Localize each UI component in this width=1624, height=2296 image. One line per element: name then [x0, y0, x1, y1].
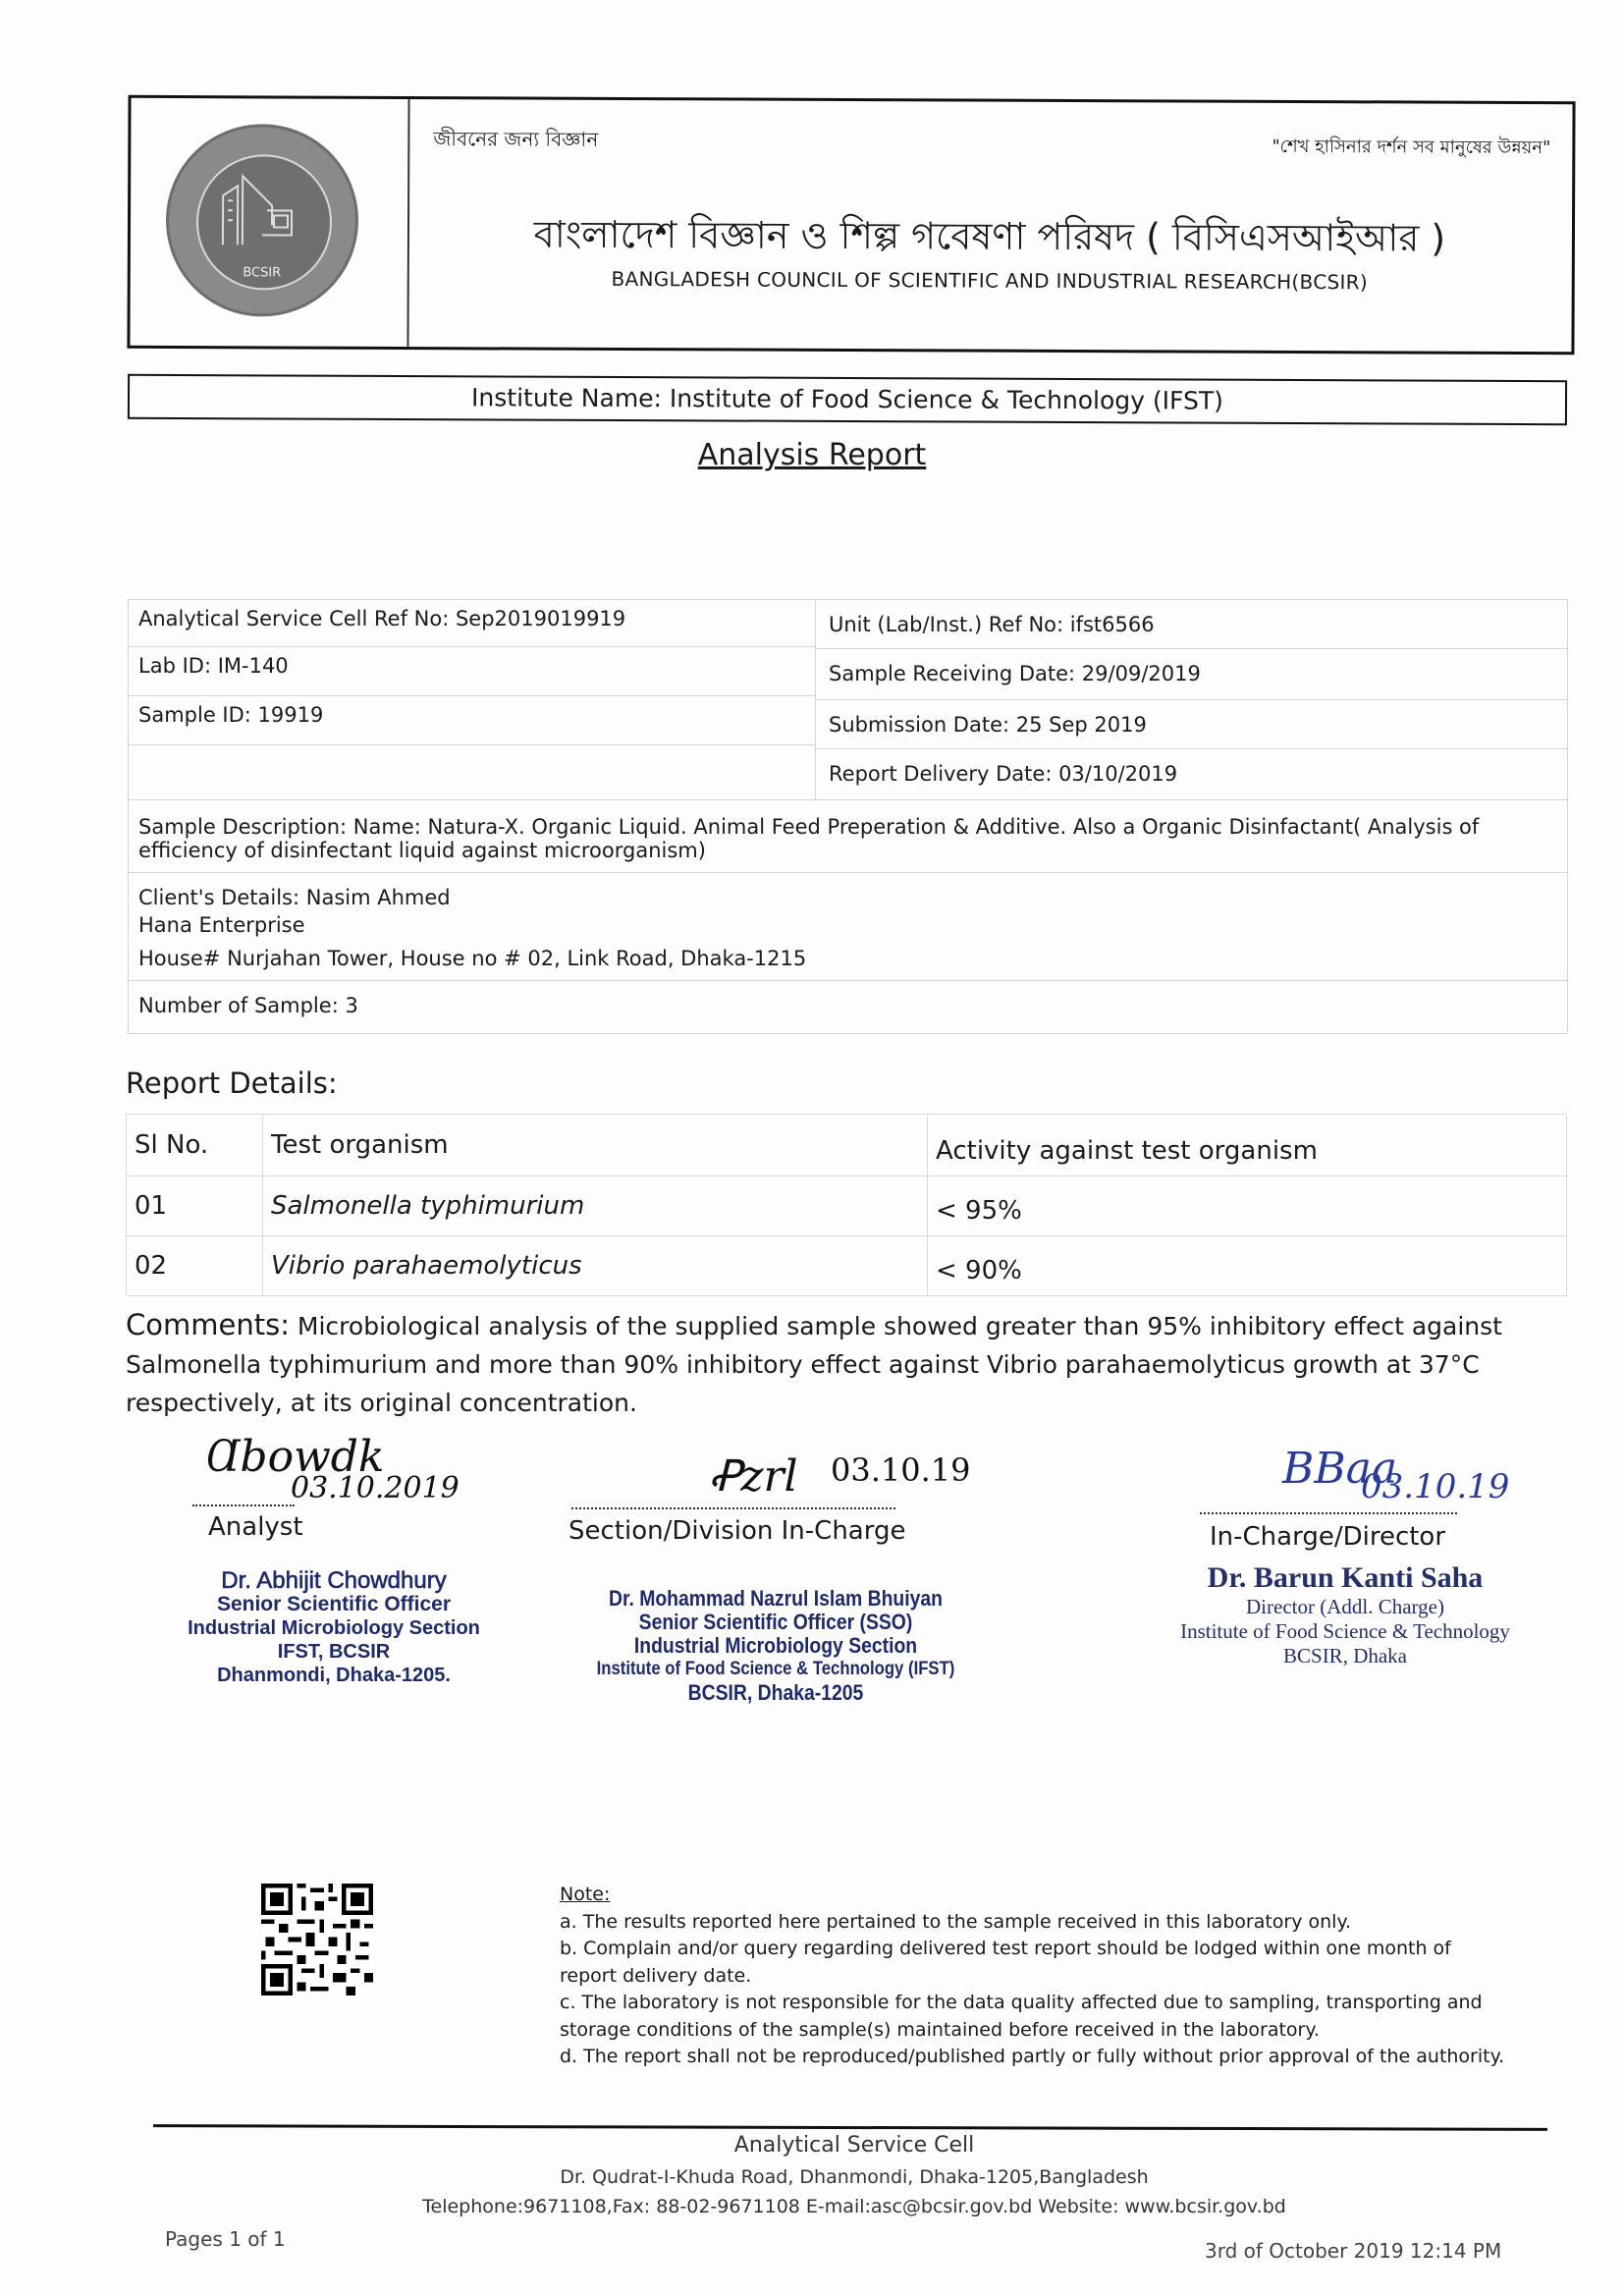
- section-incharge-signature-line: [571, 1507, 895, 1509]
- org-name-english: BANGLADESH COUNCIL OF SCIENTIFIC AND IND…: [407, 266, 1572, 295]
- section-incharge-stamp: Dr. Mohammad Nazrul Islam Bhuiyan Senior…: [577, 1587, 975, 1705]
- stamp-line: Dhanmondi, Dhaka-1205.: [167, 1664, 501, 1687]
- stamp-line: Industrial Microbiology Section: [577, 1634, 975, 1658]
- stamp-line: BCSIR, Dhaka-1205: [577, 1681, 975, 1705]
- client-address: House# Nurjahan Tower, House no # 02, Li…: [138, 947, 806, 970]
- report-details-heading: Report Details:: [126, 1066, 338, 1100]
- test-organism: Salmonella typhimurium: [263, 1176, 928, 1236]
- notes: Note: a. The results reported here perta…: [560, 1882, 1581, 2071]
- printed-timestamp: 3rd of October 2019 12:14 PM: [1205, 2239, 1501, 2263]
- results-table: Sl No. Test organism Activity against te…: [126, 1114, 1567, 1296]
- note-line: c. The laboratory is not responsible for…: [560, 1990, 1581, 2017]
- stamp-name: Dr. Barun Kanti Saha: [1129, 1561, 1561, 1595]
- comments-label: Comments:: [126, 1308, 290, 1341]
- page-title: Analysis Report: [0, 438, 1624, 472]
- stamp-line: IFST, BCSIR: [167, 1640, 501, 1664]
- stamp-line: Senior Scientific Officer (SSO): [577, 1611, 975, 1634]
- footer-address: Dr. Qudrat-I-Khuda Road, Dhanmondi, Dhak…: [0, 2166, 1624, 2188]
- seal-label: BCSIR: [169, 265, 355, 281]
- footer-contact: Telephone:9671108,Fax: 88-02-9671108 E-m…: [0, 2196, 1624, 2217]
- activity: < 95%: [928, 1176, 1567, 1236]
- stamp-line: BCSIR, Dhaka: [1129, 1644, 1561, 1668]
- sl-no: 02: [127, 1236, 263, 1296]
- comments-text-2: Salmonella typhimurium and more than 90%…: [126, 1350, 1480, 1379]
- footer-cell-name: Analytical Service Cell: [0, 2133, 1624, 2158]
- stamp-name: Dr. Mohammad Nazrul Islam Bhuiyan: [577, 1587, 975, 1611]
- motto-right: "শেখ হাসিনার দর্শন সব মানুষের উন্নয়ন": [1272, 133, 1550, 164]
- section-incharge-signature: Ꝓzrl: [709, 1451, 798, 1502]
- unit-ref-no: Unit (Lab/Inst.) Ref No: ifst6566: [829, 613, 1155, 636]
- client-name: Client's Details: Nasim Ahmed: [138, 886, 451, 909]
- note-line: b. Complain and/or query regarding deliv…: [560, 1936, 1581, 1963]
- comments-text-3: respectively, at its original concentrat…: [126, 1389, 637, 1417]
- submission-date: Submission Date: 25 Sep 2019: [829, 713, 1147, 737]
- section-incharge-role: Section/Division In-Charge: [568, 1516, 905, 1546]
- table-header-row: Sl No. Test organism Activity against te…: [127, 1115, 1567, 1176]
- page-count: Pages 1 of 1: [165, 2227, 286, 2251]
- sl-no: 01: [127, 1176, 263, 1236]
- sample-receiving-date: Sample Receiving Date: 29/09/2019: [829, 662, 1201, 685]
- note-line: d. The report shall not be reproduced/pu…: [560, 2044, 1581, 2071]
- col-activity: Activity against test organism: [928, 1115, 1567, 1176]
- org-name-bengali: বাংলাদেশ বিজ্ঞান ও শিল্প গবেষণা পরিষদ ( …: [407, 205, 1572, 273]
- note-line: storage conditions of the sample(s) main…: [560, 2017, 1581, 2045]
- stamp-line: Institute of Food Science & Technology: [1129, 1619, 1561, 1644]
- table-row: 01 Salmonella typhimurium < 95%: [127, 1176, 1567, 1236]
- director-signature-line: [1200, 1512, 1457, 1514]
- section-incharge-signature-date: 03.10.19: [831, 1451, 971, 1489]
- note-line: a. The results reported here pertained t…: [560, 1909, 1581, 1937]
- table-row: 02 Vibrio parahaemolyticus < 90%: [127, 1236, 1567, 1296]
- bcsir-seal-icon: BCSIR: [166, 124, 359, 317]
- asc-ref-no: Analytical Service Cell Ref No: Sep20190…: [138, 607, 625, 630]
- sample-description: Sample Description: Name: Natura-X. Orga…: [138, 815, 1479, 839]
- activity: < 90%: [928, 1236, 1567, 1296]
- stamp-line: Director (Addl. Charge): [1129, 1595, 1561, 1619]
- analyst-signature-date: 03.10.2019: [291, 1471, 460, 1505]
- note-line: report delivery date.: [560, 1963, 1581, 1991]
- analyst-stamp: Dr. Abhijit Chowdhury Senior Scientific …: [167, 1569, 501, 1687]
- director-signature-date: 03.10.19: [1361, 1467, 1509, 1506]
- qr-code-icon: [261, 1884, 373, 1995]
- client-company: Hana Enterprise: [138, 913, 305, 937]
- col-sl-no: Sl No.: [127, 1115, 263, 1176]
- sample-description-cont: efficiency of disinfectant liquid agains…: [138, 839, 706, 862]
- number-of-sample: Number of Sample: 3: [138, 994, 358, 1017]
- stamp-line: Institute of Food Science & Technology (…: [577, 1658, 975, 1681]
- footer-divider: [153, 2124, 1547, 2131]
- comments: Comments: Microbiological analysis of th…: [126, 1306, 1579, 1422]
- motto-left: জীবনের জন্য বিজ্ঞান: [433, 125, 598, 158]
- stamp-line: Industrial Microbiology Section: [167, 1616, 501, 1640]
- institute-name: Institute Name: Institute of Food Scienc…: [128, 374, 1567, 425]
- lab-id: Lab ID: IM-140: [138, 654, 289, 678]
- note-title: Note:: [560, 1882, 1581, 1909]
- analyst-role: Analyst: [208, 1512, 303, 1542]
- director-stamp: Dr. Barun Kanti Saha Director (Addl. Cha…: [1129, 1561, 1561, 1668]
- sample-id: Sample ID: 19919: [138, 703, 323, 727]
- col-test-organism: Test organism: [263, 1115, 928, 1176]
- director-role: In-Charge/Director: [1210, 1522, 1445, 1552]
- stamp-name: Dr. Abhijit Chowdhury: [167, 1569, 501, 1593]
- test-organism: Vibrio parahaemolyticus: [263, 1236, 928, 1296]
- letterhead: BCSIR জীবনের জন্য বিজ্ঞান "শেখ হাসিনার দ…: [127, 95, 1575, 355]
- comments-text-1: Microbiological analysis of the supplied…: [290, 1312, 1502, 1340]
- report-delivery-date: Report Delivery Date: 03/10/2019: [829, 762, 1177, 786]
- stamp-line: Senior Scientific Officer: [167, 1593, 501, 1616]
- analyst-signature-line: [192, 1504, 295, 1506]
